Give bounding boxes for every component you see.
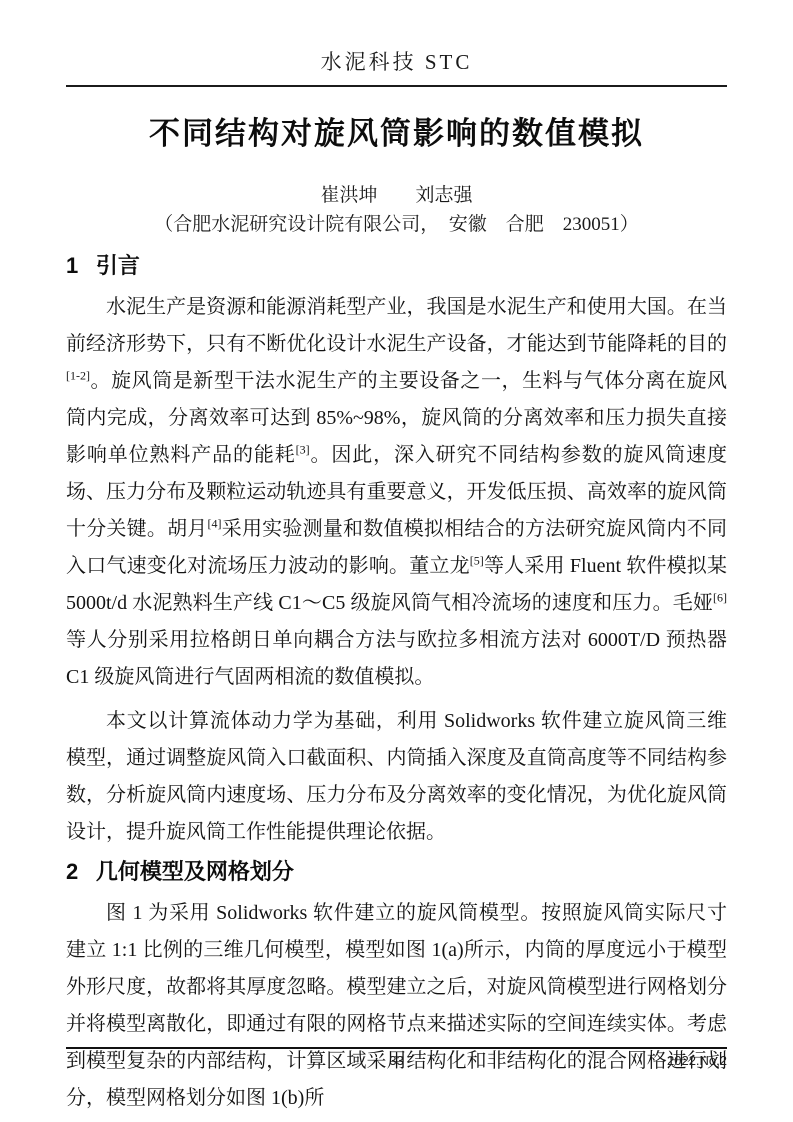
citation-superscript: [5] (470, 553, 484, 567)
text-segment: 图 1 为采用 Solidworks 软件建立的旋风筒模型。按照旋风筒实际尺寸建… (66, 902, 727, 1109)
section-1-paragraph-1: 水泥生产是资源和能源消耗型产业，我国是水泥生产和使用大国。在当前经济形势下，只有… (66, 289, 727, 696)
page-footer: 33 2022.No.2 (66, 1047, 727, 1075)
citation-superscript: [6] (713, 590, 727, 604)
document-page: 水泥科技 STC 不同结构对旋风筒影响的数值模拟 崔洪坤 刘志强 （合肥水泥研究… (0, 0, 793, 1122)
citation-superscript: [4] (208, 516, 222, 530)
section-2-title: 几何模型及网格划分 (96, 859, 294, 884)
section-1-title: 引言 (96, 253, 140, 278)
text-segment: 本文以计算流体动力学为基础，利用 Solidworks 软件建立旋风筒三维模型，… (66, 710, 727, 843)
citation-superscript: [1-2] (66, 368, 90, 382)
page-number: 33 (389, 1053, 403, 1068)
header-divider (66, 85, 727, 87)
section-2-number: 2 (66, 857, 78, 887)
section-1-paragraph-2: 本文以计算流体动力学为基础，利用 Solidworks 软件建立旋风筒三维模型，… (66, 703, 727, 851)
text-segment: 水泥生产是资源和能源消耗型产业，我国是水泥生产和使用大国。在当前经济形势下，只有… (66, 296, 727, 355)
citation-superscript: [3] (296, 442, 310, 456)
authors-line: 崔洪坤 刘志强 (66, 183, 727, 209)
article-title: 不同结构对旋风筒影响的数值模拟 (66, 111, 727, 157)
section-2-paragraph-1: 图 1 为采用 Solidworks 软件建立的旋风筒模型。按照旋风筒实际尺寸建… (66, 895, 727, 1117)
section-1-number: 1 (66, 251, 78, 281)
section-2-heading: 2几何模型及网格划分 (66, 857, 727, 887)
journal-header: 水泥科技 STC (66, 0, 727, 74)
issue-number: 2022.No.2 (667, 1053, 727, 1068)
section-1-heading: 1引言 (66, 251, 727, 281)
page-content: 水泥科技 STC 不同结构对旋风筒影响的数值模拟 崔洪坤 刘志强 （合肥水泥研究… (0, 0, 793, 1117)
text-segment: 等人分别采用拉格朗日单向耦合方法与欧拉多相流方法对 6000T/D 预热器 C1… (66, 629, 727, 688)
journal-title: 水泥科技 STC (321, 50, 473, 74)
affiliation-line: （合肥水泥研究设计院有限公司， 安徽 合肥 230051） (66, 211, 727, 239)
